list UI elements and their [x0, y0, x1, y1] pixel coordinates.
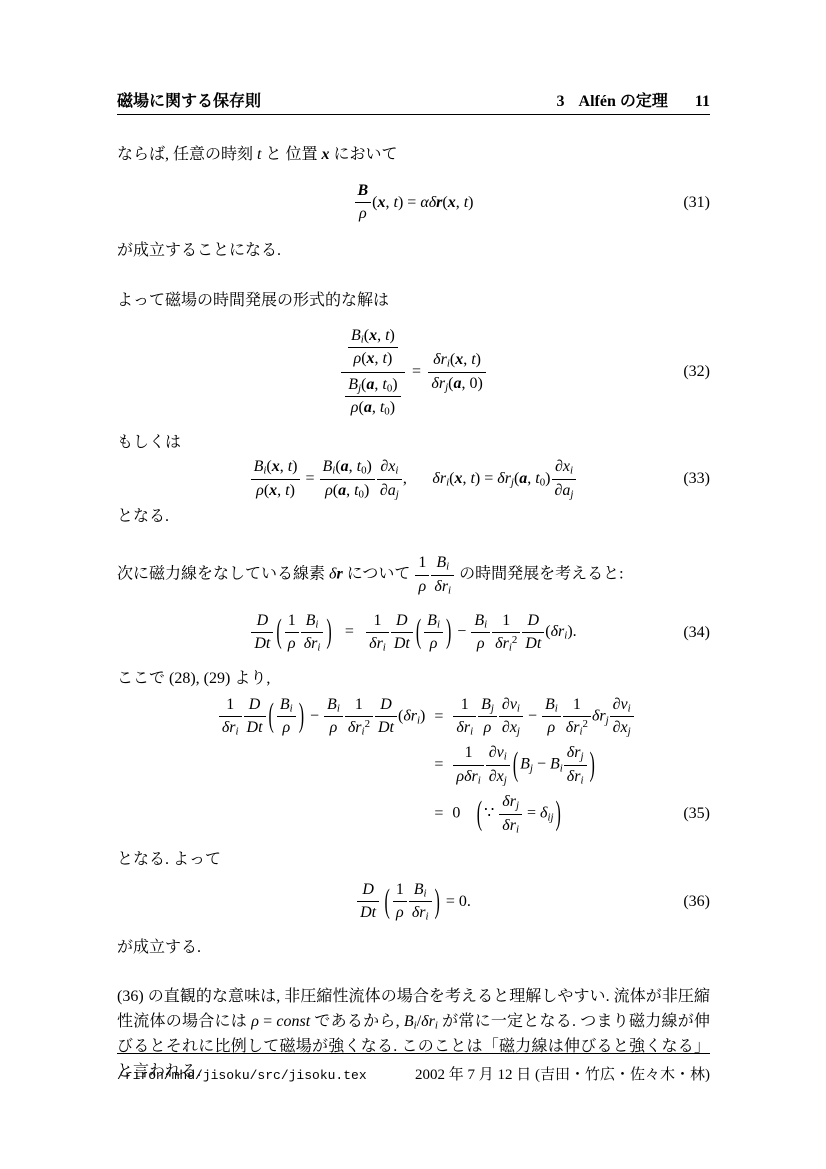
text-run: について: [343, 566, 415, 583]
equation-body: DDt(1ρBiδri) = 0.: [356, 893, 471, 910]
footer-date-authors: 2002 年 7 月 12 日 (吉田・竹広・佐々木・林): [415, 1063, 710, 1084]
paragraph-formal-solution: よって磁場の時間発展の形式的な解は: [117, 291, 710, 311]
equation-36: DDt(1ρBiδri) = 0. (36): [117, 880, 710, 924]
running-header-section: 3Alfén の定理11: [557, 88, 710, 111]
header-rule: [117, 114, 710, 115]
paragraph-line-element: 次に磁力線をなしている線素 δr について 1ρBiδri の時間発展を考えると…: [117, 553, 710, 597]
paragraph-therefore: となる. よって: [117, 850, 710, 870]
equation-number-31: (31): [683, 194, 710, 212]
content-area: 磁場に関する保存則 3Alfén の定理11 ならば, 任意の時刻 t と 位置…: [117, 0, 710, 1084]
source-file-path: /riron/mhd/jisoku/src/jisoku.tex: [117, 1068, 367, 1083]
page-header: 磁場に関する保存則 3Alfén の定理11: [117, 88, 710, 111]
text-run: ならば, 任意の時刻: [117, 146, 257, 163]
equation-rhs: 0(∵δrjδri = δij): [452, 792, 710, 836]
equals-sign: =: [425, 756, 452, 774]
text-run: ここで (28), (29) より,: [117, 670, 270, 687]
equation-number-35: (35): [683, 805, 710, 823]
equation-35: 1δriDDt(Biρ) − Biρ1δri2DDt(δri)=1δriBjρ∂…: [117, 695, 710, 836]
equation-number-34: (34): [683, 624, 710, 642]
equation-rhs: 1δriBjρ∂vi∂xj − Biρ1δri2δrj∂vi∂xj: [452, 695, 710, 739]
equation-body: Bi(x, t)ρ(x, t) = Bi(a, t0)ρ(a, t0)∂xi∂a…: [250, 470, 578, 487]
equals-sign: =: [425, 708, 452, 726]
text-run: が成立する.: [117, 939, 201, 956]
equation-body: Bi(x, t)ρ(x, t)Bj(a, t0)ρ(a, t0)=δri(x, …: [340, 363, 487, 380]
equation-32: Bi(x, t)ρ(x, t)Bj(a, t0)ρ(a, t0)=δri(x, …: [117, 325, 710, 420]
paragraph-holds-2: が成立する.: [117, 938, 710, 958]
page-footer: /riron/mhd/jisoku/src/jisoku.tex 2002 年 …: [117, 1053, 710, 1084]
section-title: Alfén の定理: [579, 93, 668, 110]
inline-math: ρ = const: [251, 1013, 310, 1030]
equation-35-row-2: =1ρδri∂vi∂xj(Bj − Biδrjδri): [117, 743, 710, 787]
section-number: 3: [557, 93, 565, 110]
text-run: となる. よって: [117, 851, 221, 868]
equation-body: DDt(1ρBiδri)=1δriDDt(Biρ) − Biρ1δri2DDt(…: [250, 623, 576, 640]
paragraph-becomes: となる.: [117, 507, 710, 527]
equation-number-33: (33): [683, 470, 710, 488]
equation-number-36: (36): [683, 893, 710, 911]
text-run: もしくは: [117, 434, 181, 451]
equation-35-row-3: =0(∵δrjδri = δij) (35): [117, 792, 710, 836]
equals-sign: =: [425, 805, 452, 823]
equation-number-32: (32): [683, 363, 710, 381]
text-run: よって磁場の時間発展の形式的な解は: [117, 292, 389, 309]
text-run: 次に磁力線をなしている線素: [117, 566, 329, 583]
text-run: と 位置: [261, 146, 321, 163]
paragraph-condition: ならば, 任意の時刻 t と 位置 x において: [117, 145, 710, 165]
equation-35-row-1: 1δriDDt(Biρ) − Biρ1δri2DDt(δri)=1δriBjρ∂…: [117, 695, 710, 739]
running-header-title: 磁場に関する保存則: [117, 88, 261, 111]
equation-34: DDt(1ρBiδri)=1δriDDt(Biρ) − Biρ1δri2DDt(…: [117, 611, 710, 655]
equation-rhs: 1ρδri∂vi∂xj(Bj − Biδrjδri): [452, 743, 710, 787]
text-run: が成立することになる.: [117, 242, 281, 259]
equation-lhs: 1δriDDt(Biρ) − Biρ1δri2DDt(δri): [117, 695, 425, 739]
inline-math-fraction: 1ρBiδri: [414, 566, 455, 583]
inline-math: Bi/δri: [404, 1013, 438, 1030]
document-page: 磁場に関する保存則 3Alfén の定理11 ならば, 任意の時刻 t と 位置…: [0, 0, 826, 1169]
text-run: であるから,: [310, 1013, 404, 1030]
paragraph-holds: が成立することになる.: [117, 241, 710, 261]
equation-body: Bρ(x, t) = αδr(x, t): [354, 194, 474, 211]
text-run: の時間発展を考えると:: [455, 566, 623, 583]
text-run: となる.: [117, 508, 169, 525]
equation-33: Bi(x, t)ρ(x, t) = Bi(a, t0)ρ(a, t0)∂xi∂a…: [117, 457, 710, 501]
page-number: 11: [695, 93, 710, 110]
paragraph-or: もしくは: [117, 433, 710, 453]
inline-math: δr: [329, 566, 343, 583]
paragraph-from-28-29: ここで (28), (29) より,: [117, 669, 710, 689]
equation-31: Bρ(x, t) = αδr(x, t) (31): [117, 181, 710, 225]
text-run: において: [329, 146, 397, 163]
